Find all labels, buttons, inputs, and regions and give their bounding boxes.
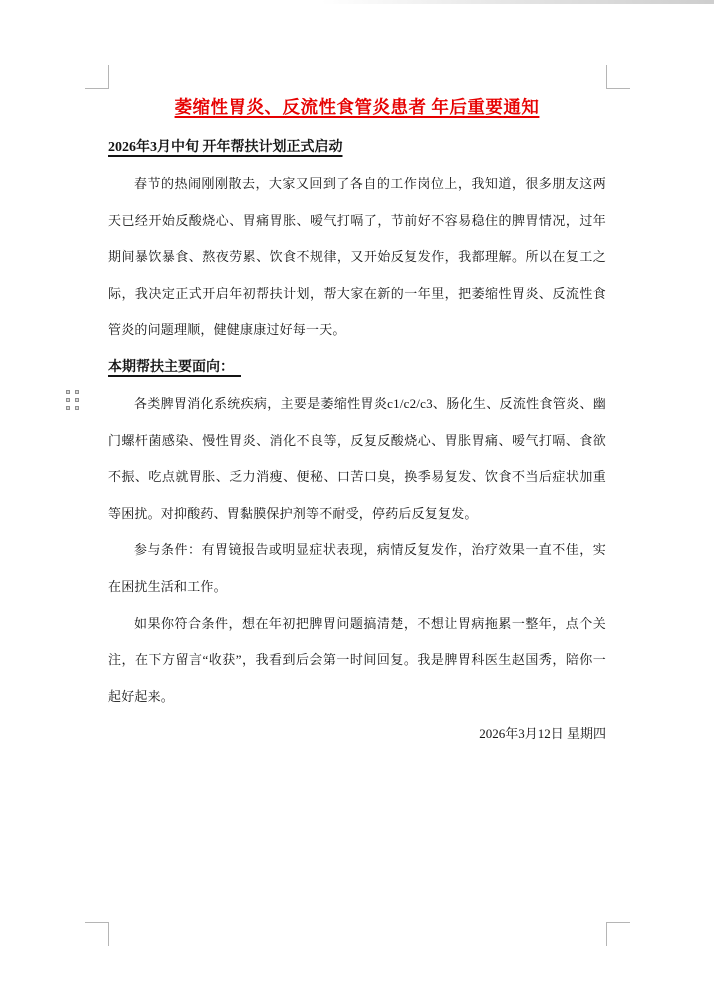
document-date: 2026年3月12日 星期四 (108, 715, 606, 752)
drag-handle-dot (75, 398, 79, 402)
drag-handle-dot (75, 390, 79, 394)
paragraph-intro: 春节的热闹刚刚散去，大家又回到了各自的工作岗位上，我知道，很多朋友这两天已经开始… (108, 166, 606, 349)
margin-crop-mark-top-right (606, 65, 630, 89)
margin-crop-mark-bottom-left (85, 922, 109, 946)
window-top-shadow (0, 0, 714, 4)
drag-handle-dot (66, 390, 70, 394)
drag-handle-dot (66, 406, 70, 410)
document-page: 萎缩性胃炎、反流性食管炎患者 年后重要通知 2026年3月中旬 开年帮扶计划正式… (0, 0, 714, 982)
document-content: 萎缩性胃炎、反流性食管炎患者 年后重要通知 2026年3月中旬 开年帮扶计划正式… (108, 85, 606, 752)
paragraph-call-to-action: 如果你符合条件，想在年初把脾胃问题搞清楚，不想让胃病拖累一整年，点个关注，在下方… (108, 606, 606, 716)
heading-launch-plan-text: 2026年3月中旬 开年帮扶计划正式启动 (108, 140, 343, 155)
drag-handle-dot (66, 398, 70, 402)
drag-handle-dot (75, 406, 79, 410)
heading-launch-plan: 2026年3月中旬 开年帮扶计划正式启动 (108, 129, 606, 166)
document-title: 萎缩性胃炎、反流性食管炎患者 年后重要通知 (108, 85, 606, 129)
margin-crop-mark-bottom-right (606, 922, 630, 946)
heading-target-audience-text: 本期帮扶主要面向： (108, 360, 241, 375)
heading-target-audience: 本期帮扶主要面向： (108, 349, 606, 386)
paragraph-drag-handle-icon[interactable] (66, 390, 79, 410)
margin-crop-mark-top-left (85, 65, 109, 89)
paragraph-conditions: 各类脾胃消化系统疾病，主要是萎缩性胃炎c1/c2/c3、肠化生、反流性食管炎、幽… (108, 386, 606, 532)
paragraph-requirements: 参与条件：有胃镜报告或明显症状表现，病情反复发作，治疗效果一直不佳，实在困扰生活… (108, 532, 606, 605)
